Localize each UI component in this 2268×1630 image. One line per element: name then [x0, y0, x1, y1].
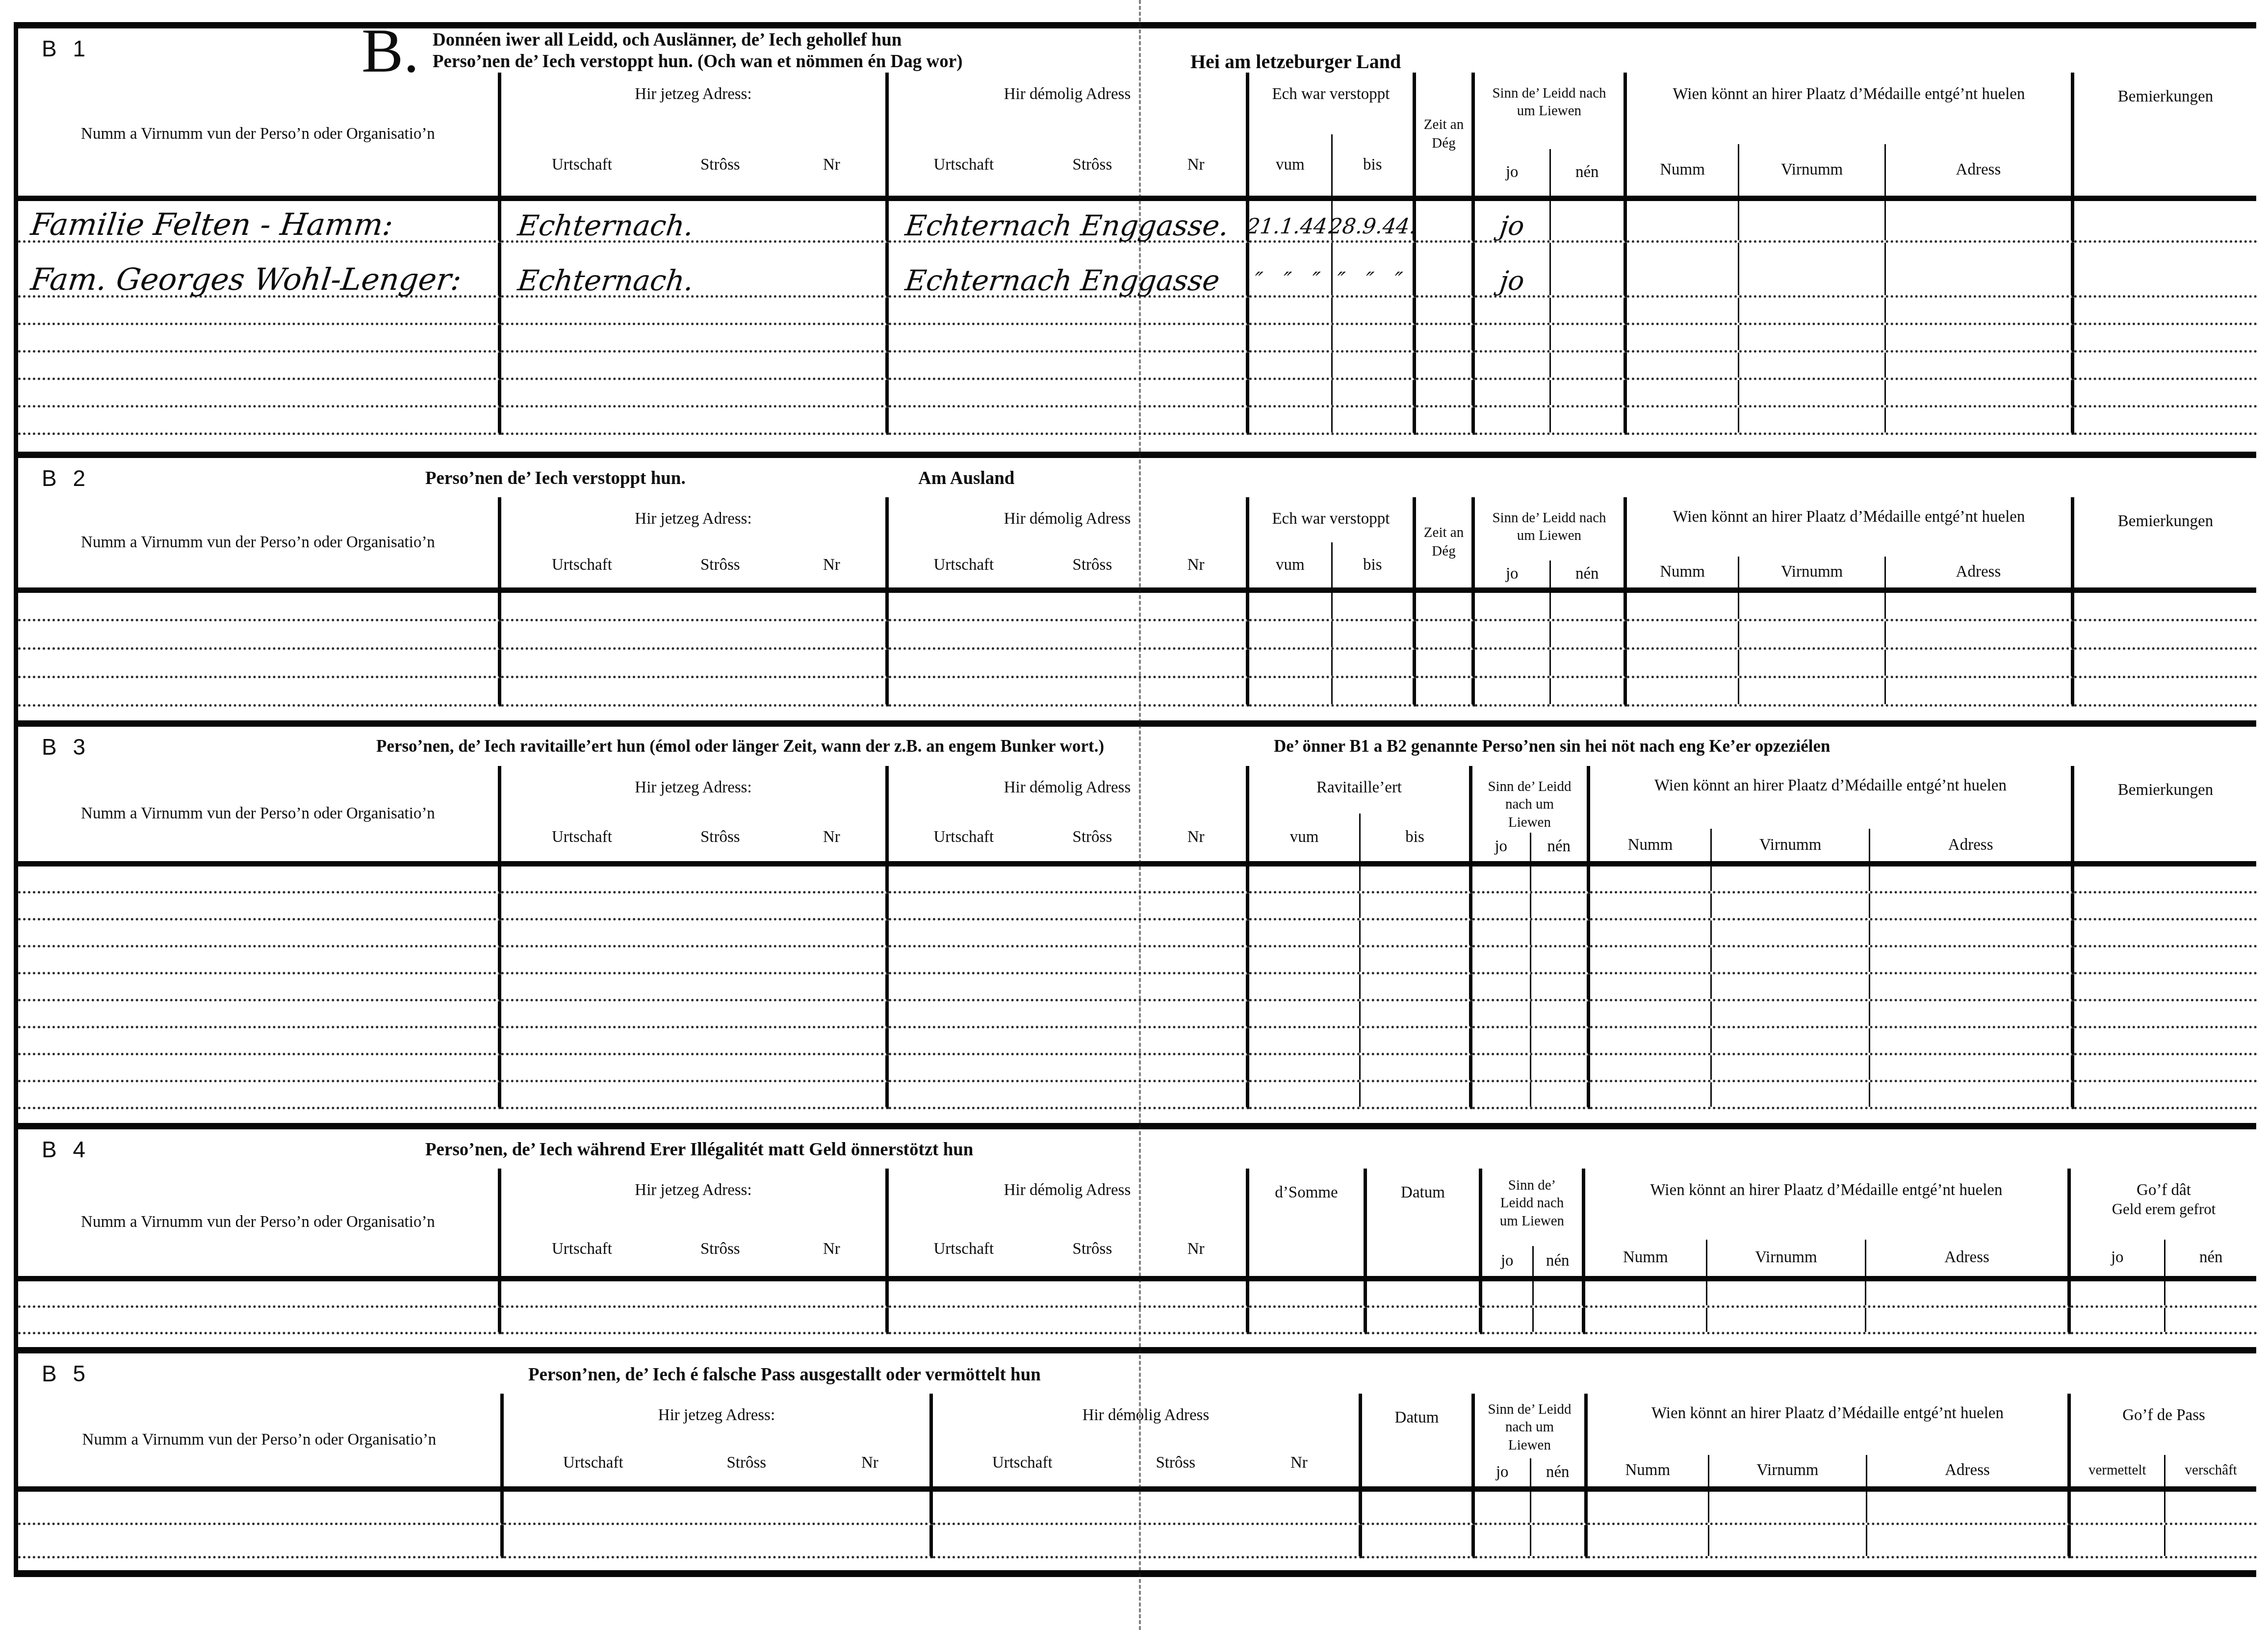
col-name-header: Numm a Virnumm vun der Perso’n oder Orga… [18, 766, 501, 861]
table-row-empty [18, 974, 2256, 1001]
col-former-address-header: Hir démolig Adress Urtschaft Strôss Nr [889, 1169, 1249, 1276]
cell-zeit [1416, 243, 1475, 298]
sub-nen: nén [1549, 149, 1624, 196]
col-current-address-header: Hir jetzeg Adress: Urtschaft Strôss Nr [504, 1394, 933, 1486]
b1-heading-location: Hei am letzeburger Land [1190, 50, 1401, 73]
col-medal-header: Wien könnt an hirer Plaatz d’Médaille en… [1627, 497, 2074, 587]
b4-title: Perso’nen, de’ Iech während Erer Illégal… [425, 1139, 973, 1160]
col-datum-header: Datum [1367, 1169, 1482, 1276]
sub-numm: Numm [1627, 144, 1738, 196]
col-name-header: Numm a Virnumm vun der Perso’n oder Orga… [18, 1394, 504, 1486]
col-former-address-header: Hir démolig Adress Urtschaft Strôss Nr [889, 73, 1249, 196]
table-row-empty [18, 298, 2256, 325]
b2-section-label: B 2 [42, 465, 90, 491]
b1-table-body: Familie Felten - Hamm: Echternach. Echte… [18, 201, 2256, 452]
table-row-empty [18, 1492, 2256, 1525]
b3-column-headers: Numm a Virnumm vun der Perso’n oder Orga… [18, 766, 2256, 866]
col-former-address-header: Hir démolig Adress Urtschaft Strôss Nr [889, 766, 1249, 861]
cell-current-address: Echternach. [501, 243, 889, 298]
col-alive-header: Sinn de’ Leidd nach um Liewen jo nén [1472, 766, 1590, 861]
form-section-b4: B 4 Perso’nen, de’ Iech während Erer Ill… [18, 1123, 2256, 1347]
col-current-address-header: Hir jetzeg Adress: Urtschaft Strôss Nr [501, 73, 889, 196]
b1-title-bar: B 1 B. Donnéen iwer all Leidd, och Auslä… [18, 28, 2256, 73]
col-name-header: Numm a Virnumm vun der Perso’n oder Orga… [18, 73, 501, 196]
b1-heading-line2: Perso’nen de’ Iech verstoppt hun. (Och w… [433, 51, 962, 72]
form-sheet: B 1 B. Donnéen iwer all Leidd, och Auslä… [14, 22, 2256, 1577]
col-former-address-header: Hir démolig Adress Urtschaft Strôss Nr [889, 497, 1249, 587]
col-gof-geld-header: Go’f dât Geld erem gefrot jo nén [2071, 1169, 2257, 1276]
b5-table-body [18, 1492, 2256, 1570]
b4-table-body [18, 1281, 2256, 1347]
col-datum-header: Datum [1362, 1394, 1475, 1486]
b3-table-body [18, 866, 2256, 1123]
form-section-b2: B 2 Perso’nen de’ Iech verstoppt hun. Am… [18, 452, 2256, 720]
table-row-filled: Fam. Georges Wohl-Lenger: Echternach. Ec… [18, 243, 2256, 298]
cell-remarks [2074, 201, 2257, 243]
handwritten-entry: Echternach. [500, 268, 696, 295]
handwritten-entry: Fam. Georges Wohl-Lenger: [16, 266, 463, 295]
col-current-address-header: Hir jetzeg Adress: Urtschaft Strôss Nr [501, 766, 889, 861]
gof-geld-line1: Go’f dât [2071, 1169, 2257, 1200]
col-alive-header: Sinn de’ Leidd nach um Liewen jo nén [1475, 497, 1627, 587]
sub-urtschaft: Urtschaft [501, 134, 663, 196]
handwritten-entry: 28.9.44. [1327, 217, 1417, 240]
cell-name: Familie Felten - Hamm: [18, 201, 501, 243]
handwritten-ditto-marks: ″ ″ ″ [1335, 271, 1410, 295]
cell-former-address: Echternach Enggasse [889, 243, 1249, 298]
handwritten-entry: Echternach. [500, 213, 696, 240]
table-row-empty [18, 621, 2256, 650]
col-alive-header: Sinn de’ Leidd nach um Liewen jo nén [1482, 1169, 1585, 1276]
col-current-address-header: Hir jetzeg Adress: Urtschaft Strôss Nr [501, 1169, 889, 1276]
table-row-empty [18, 1001, 2256, 1028]
table-row-empty [18, 1525, 2256, 1558]
b4-title-bar: B 4 Perso’nen, de’ Iech während Erer Ill… [18, 1129, 2256, 1169]
handwritten-entry: Echternach Enggasse. [887, 213, 1230, 240]
table-row-empty [18, 407, 2256, 435]
table-row-empty [18, 920, 2256, 947]
handwritten-entry: Familie Felten - Hamm: [16, 211, 394, 240]
b1-column-headers: Numm a Virnumm vun der Perso’n oder Orga… [18, 73, 2256, 201]
form-section-b3: B 3 Perso’nen, de’ Iech ravitaille’ert h… [18, 720, 2256, 1123]
table-row-empty [18, 1028, 2256, 1055]
col-remarks-header: Bemierkungen [2074, 73, 2257, 196]
col-ravitailleert-header: Ravitaille’ert vum bis [1249, 766, 1472, 861]
col-medal-header: Wien könnt an hirer Plaatz d’Médaille en… [1590, 766, 2074, 861]
sub-adress: Adress [1884, 144, 2071, 196]
b1-section-label: B 1 [42, 35, 90, 62]
scanned-form-page: B 1 B. Donnéen iwer all Leidd, och Auslä… [0, 0, 2268, 1630]
table-row-empty [18, 1308, 2256, 1334]
table-row-empty [18, 650, 2256, 678]
b3-title-part1: Perso’nen, de’ Iech ravitaille’ert hun (… [376, 737, 1104, 756]
cell-medal [1627, 243, 2074, 298]
sub-nr: Nr [1146, 134, 1246, 196]
col-alive-header: Sinn de’ Leidd nach um Liewen jo nén [1475, 73, 1627, 196]
col-name-header: Numm a Virnumm vun der Perso’n oder Orga… [18, 1169, 501, 1276]
table-row-empty [18, 947, 2256, 974]
col-medal-header: Wien könnt an hirer Plaatz d’Médaille en… [1588, 1394, 2071, 1486]
cell-alive: jo [1475, 243, 1627, 298]
handwritten-ditto-marks: ″ ″ ″ [1253, 271, 1328, 295]
col-name-header: Numm a Virnumm vun der Perso’n oder Orga… [18, 497, 501, 587]
col-hidden-header: Ech war verstoppt vum bis [1249, 73, 1416, 196]
gof-geld-line2: Geld erem gefrot [2071, 1200, 2257, 1218]
b5-title-bar: B 5 Person’nen, de’ Iech é falsche Pass … [18, 1353, 2256, 1394]
table-row-empty [18, 380, 2256, 407]
handwritten-entry: Echternach Enggasse [887, 268, 1221, 295]
table-row-empty [18, 1082, 2256, 1109]
table-row-empty [18, 678, 2256, 707]
table-row-empty [18, 593, 2256, 621]
table-row-empty [18, 1281, 2256, 1308]
handwritten-entry: jo [1498, 269, 1526, 295]
col-zeit-header: Zeit an Dég [1416, 497, 1475, 587]
sub-stross: Strôss [1039, 134, 1146, 196]
b4-section-label: B 4 [42, 1136, 90, 1163]
cell-former-address: Echternach Enggasse. [889, 201, 1249, 243]
sub-vum: vum [1249, 134, 1331, 196]
b5-title: Person’nen, de’ Iech é falsche Pass ausg… [528, 1364, 1041, 1385]
col-zeit-header: Zeit an Dég [1416, 73, 1475, 196]
cell-current-address: Echternach. [501, 201, 889, 243]
cell-name: Fam. Georges Wohl-Lenger: [18, 243, 501, 298]
col-medal-header: Wien könnt an hirer Plaatz d’Médaille en… [1627, 73, 2074, 196]
col-name-label: Numm a Virnumm vun der Perso’n oder Orga… [18, 73, 498, 196]
cell-hidden-dates: ″ ″ ″ ″ ″ ″ [1249, 243, 1416, 298]
b4-column-headers: Numm a Virnumm vun der Perso’n oder Orga… [18, 1169, 2256, 1281]
table-row-empty [18, 325, 2256, 353]
b3-title-part2: De’ önner B1 a B2 genannte Perso’nen sin… [1274, 737, 1830, 756]
sub-jo: jo [1475, 149, 1549, 196]
handwritten-entry: jo [1498, 214, 1526, 240]
sub-stross: Strôss [663, 134, 778, 196]
b5-section-label: B 5 [42, 1360, 90, 1387]
b2-title: Perso’nen de’ Iech verstoppt hun. [425, 468, 686, 489]
b2-title-bar: B 2 Perso’nen de’ Iech verstoppt hun. Am… [18, 458, 2256, 497]
cell-remarks [2074, 243, 2257, 298]
table-row-filled: Familie Felten - Hamm: Echternach. Echte… [18, 201, 2256, 243]
cell-zeit [1416, 201, 1475, 243]
b3-section-label: B 3 [42, 734, 90, 760]
form-section-b5: B 5 Person’nen, de’ Iech é falsche Pass … [18, 1347, 2256, 1577]
b2-title-location: Am Ausland [918, 468, 1014, 489]
cell-medal [1627, 201, 2074, 243]
col-gof-pass-header: Go’f de Pass vermettelt verschâft [2071, 1394, 2257, 1486]
cell-hidden-dates: 21.1.44. 28.9.44. [1249, 201, 1416, 243]
col-medal-header: Wien könnt an hirer Plaatz d’Médaille en… [1585, 1169, 2071, 1276]
col-remarks-header: Bemierkungen [2074, 766, 2257, 861]
col-hidden-header: Ech war verstoppt vum bis [1249, 497, 1416, 587]
col-remarks-header: Bemierkungen [2074, 497, 2257, 587]
b5-column-headers: Numm a Virnumm vun der Perso’n oder Orga… [18, 1394, 2256, 1492]
table-row-empty [18, 1055, 2256, 1082]
fold-crease-line [1139, 0, 1141, 1630]
table-row-empty [18, 353, 2256, 380]
sub-bis: bis [1331, 134, 1413, 196]
sub-verschaft: verschâft [2164, 1455, 2257, 1486]
sub-urtschaft: Urtschaft [889, 134, 1039, 196]
sub-virnumm: Virnumm [1738, 144, 1884, 196]
form-section-b1: B 1 B. Donnéen iwer all Leidd, och Auslä… [18, 22, 2256, 452]
col-former-address-header: Hir démolig Adress Urtschaft Strôss Nr [933, 1394, 1362, 1486]
b3-title-bar: B 3 Perso’nen, de’ Iech ravitaille’ert h… [18, 727, 2256, 766]
table-row-empty [18, 866, 2256, 893]
sub-vermettelt: vermettelt [2071, 1455, 2164, 1486]
handwritten-entry: 21.1.44. [1245, 217, 1335, 240]
col-current-address-header: Hir jetzeg Adress: Urtschaft Strôss Nr [501, 497, 889, 587]
b2-table-body [18, 593, 2256, 720]
col-alive-header: Sinn de’ Leidd nach um Liewen jo nén [1475, 1394, 1588, 1486]
b1-heading-line1: Donnéen iwer all Leidd, och Auslänner, d… [433, 29, 902, 51]
sub-nr: Nr [778, 134, 885, 196]
b1-big-letter: B. [361, 25, 419, 76]
table-row-empty [18, 893, 2256, 920]
col-somme-header: d’Somme [1249, 1169, 1367, 1276]
cell-alive: jo [1475, 201, 1627, 243]
b2-column-headers: Numm a Virnumm vun der Perso’n oder Orga… [18, 497, 2256, 593]
